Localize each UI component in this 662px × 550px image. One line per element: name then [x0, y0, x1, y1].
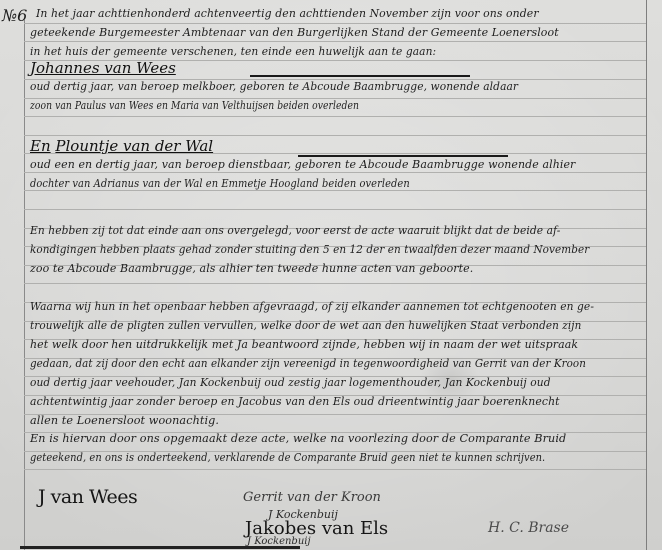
bride-prefix: En [30, 137, 51, 155]
ceremony-line-7: allen te Loenersloot woonachtig. [30, 414, 219, 427]
groom-line-2: zoon van Paulus van Wees en Maria van Ve… [30, 99, 359, 112]
proclamations-line-3: zoo te Abcoude Baambrugge, als alhier te… [30, 262, 473, 275]
intro-line-3: in het huis der gemeente verschenen, ten… [30, 45, 436, 58]
closing-line-2: geteekend, en ons is onderteekend, verkl… [30, 451, 545, 464]
bride-line-1: oud een en dertig jaar, van beroep diens… [30, 158, 575, 171]
bride-entry: En Plountje van der Wal [30, 137, 213, 155]
closing-line-1: En is hiervan door ons opgemaakt deze ac… [30, 432, 566, 445]
groom-line-1: oud dertig jaar, van beroep melkboer, ge… [30, 80, 518, 93]
document-page: №6 In het jaar achttienhonderd achtenvee… [0, 0, 662, 550]
bride-name: Plountje van der Wal [55, 137, 213, 155]
bride-line-2: dochter van Adrianus van der Wal en Emme… [30, 177, 410, 190]
record-number: №6 [2, 6, 27, 25]
ceremony-line-3: het welk door hen uitdrukkelijk met Ja b… [30, 338, 578, 351]
proclamations-line-2: kondigingen hebben plaats gehad zonder s… [30, 243, 589, 256]
ceremony-line-1: Waarna wij hun in het openbaar hebben af… [30, 300, 594, 313]
groom-name-underline [250, 75, 470, 77]
ruled-line [24, 283, 646, 284]
signature-groom: J van Wees [38, 486, 137, 508]
proclamations-line-1: En hebben zij tot dat einde aan ons over… [30, 224, 560, 237]
right-margin-line [646, 0, 647, 550]
record-number-value: 6 [17, 6, 27, 25]
ruled-line [24, 135, 646, 136]
bride-name-underline [298, 155, 508, 157]
record-number-prefix: № [2, 6, 17, 25]
signature-official: H. C. Brase [488, 520, 569, 536]
ceremony-line-5: oud dertig jaar veehouder, Jan Kockenbui… [30, 376, 551, 389]
signature-witness-1: Gerrit van der Kroon [243, 490, 381, 505]
intro-line-1: In het jaar achttienhonderd achtenveerti… [36, 7, 539, 20]
intro-line-2: geteekende Burgemeester Ambtenaar van de… [30, 26, 559, 39]
ruled-line [24, 41, 646, 42]
ruled-line [24, 172, 646, 173]
left-margin-line [24, 20, 25, 550]
ceremony-line-6: achtentwintig jaar zonder beroep en Jaco… [30, 395, 560, 408]
groom-name: Johannes van Wees [30, 59, 176, 77]
ceremony-line-2: trouwelijk alle de pligten zullen vervul… [30, 319, 581, 332]
signature-witness-4: J Kockenbuij [247, 536, 311, 547]
ruled-line [24, 209, 646, 210]
ceremony-line-4: gedaan, dat zij door den echt aan elkand… [30, 357, 586, 370]
ruled-line [24, 23, 646, 24]
ruled-line [24, 190, 646, 191]
ruled-line [24, 469, 646, 470]
ruled-line [24, 116, 646, 117]
